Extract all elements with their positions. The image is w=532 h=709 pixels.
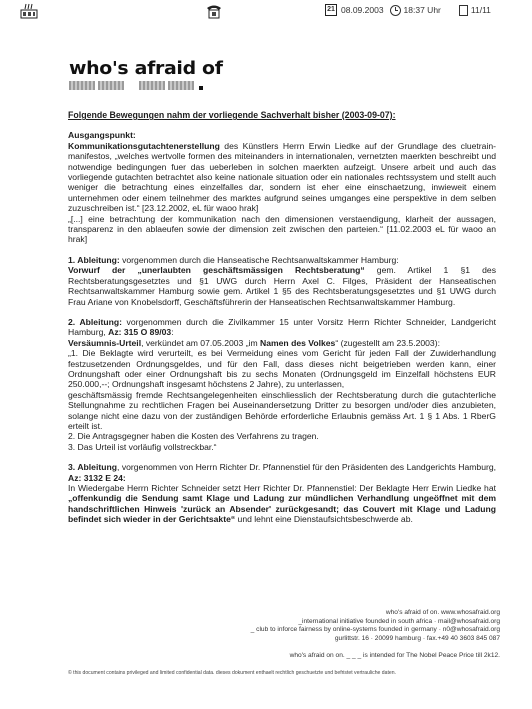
section2-label: 2. Ableitung: — [68, 317, 122, 327]
section2-verdict-a: , verkündet am 07.05.2003 „im — [141, 338, 260, 348]
footer-line: gurlittstr. 16 · 20099 hamburg · fax.+49… — [251, 635, 500, 644]
start-lead: Kommunikationsgutachtenerstellung — [68, 141, 220, 151]
clock-icon — [390, 5, 401, 16]
section1-intro: vorgenommen durch die Hanseatische Recht… — [120, 255, 399, 265]
footer-line: who's afraid of on. www.whosafraid.org — [251, 609, 500, 618]
start-label: Ausgangspunkt: — [68, 130, 136, 140]
section3-az: Az: 3132 E 24: — [68, 473, 126, 483]
page-number: 11/11 — [471, 5, 491, 15]
section2-verdict-c: “ (zugestellt am 23.5.2003): — [335, 338, 440, 348]
disclaimer: © this document contains privileged and … — [68, 670, 396, 676]
section1-accusation: Vorwurf der „unerlaubten geschäftsmässig… — [68, 265, 365, 275]
section2-point1: „1. Die Beklagte wird verurteilt, es bei… — [68, 348, 496, 390]
section-1: 1. Ableitung: vorgenommen durch die Hans… — [68, 255, 496, 307]
section2-az: Az: 315 O 89/03 — [108, 327, 171, 337]
page-icon — [459, 5, 468, 16]
logo-dot — [199, 86, 203, 90]
section2-point3: 3. Das Urteil ist vorläufig vollstreckba… — [68, 442, 496, 452]
start-quote2: „[...] eine betrachtung der kommunikatio… — [68, 214, 496, 245]
logo-redacted-bar — [69, 81, 215, 90]
section-3: 3. Ableitung, vorgenommen von Herrn Rich… — [68, 462, 496, 524]
section1-label: 1. Ableitung: — [68, 255, 120, 265]
section3-body-a: In Wiedergabe Herrn Richter Schneider se… — [68, 483, 496, 493]
telephone-icon — [206, 3, 222, 19]
footer-line: _ club to inforce fairness by online-sys… — [251, 626, 500, 635]
footer-contact: who's afraid of on. www.whosafraid.org _… — [251, 609, 500, 643]
document-body: Folgende Bewegungen nahm der vorliegende… — [68, 110, 496, 535]
footer-note: who's afraid on on. _ _ _ is intended fo… — [290, 652, 500, 659]
section2-verdict: Versäumnis-Urteil — [68, 338, 141, 348]
section-start: Ausgangspunkt: Kommunikationsgutachtener… — [68, 130, 496, 244]
document-heading: Folgende Bewegungen nahm der vorliegende… — [68, 110, 496, 120]
page-header: 21 08.09.2003 18:37 Uhr 11/11 — [0, 0, 532, 22]
factory-icon — [20, 3, 38, 19]
calendar-icon: 21 — [325, 4, 337, 16]
section3-body-c: und lehnt eine Dienstaufsichtsbeschwerde… — [235, 514, 413, 524]
section2-point1b: geschäftsmässig fremde Rechtsangelegenhe… — [68, 390, 496, 432]
logo: who's afraid of — [69, 60, 215, 90]
section2-verdict-b: Namen des Volkes — [260, 338, 335, 348]
section2-az-tail: : — [171, 327, 173, 337]
start-body: des Künstlers Herrn Erwin Liedke auf der… — [68, 141, 496, 213]
logo-text: who's afraid of — [69, 60, 223, 78]
section3-label: 3. Ableitung — [68, 462, 117, 472]
header-date: 08.09.2003 — [341, 5, 384, 15]
footer-line: _international initiative founded in sou… — [251, 618, 500, 627]
section-2: 2. Ableitung: vorgenommen durch die Zivi… — [68, 317, 496, 452]
section2-point2: 2. Die Antragsgegner haben die Kosten de… — [68, 431, 496, 441]
header-time: 18:37 Uhr — [404, 5, 441, 15]
section3-intro: , vorgenommen von Herrn Richter Dr. Pfan… — [117, 462, 496, 472]
